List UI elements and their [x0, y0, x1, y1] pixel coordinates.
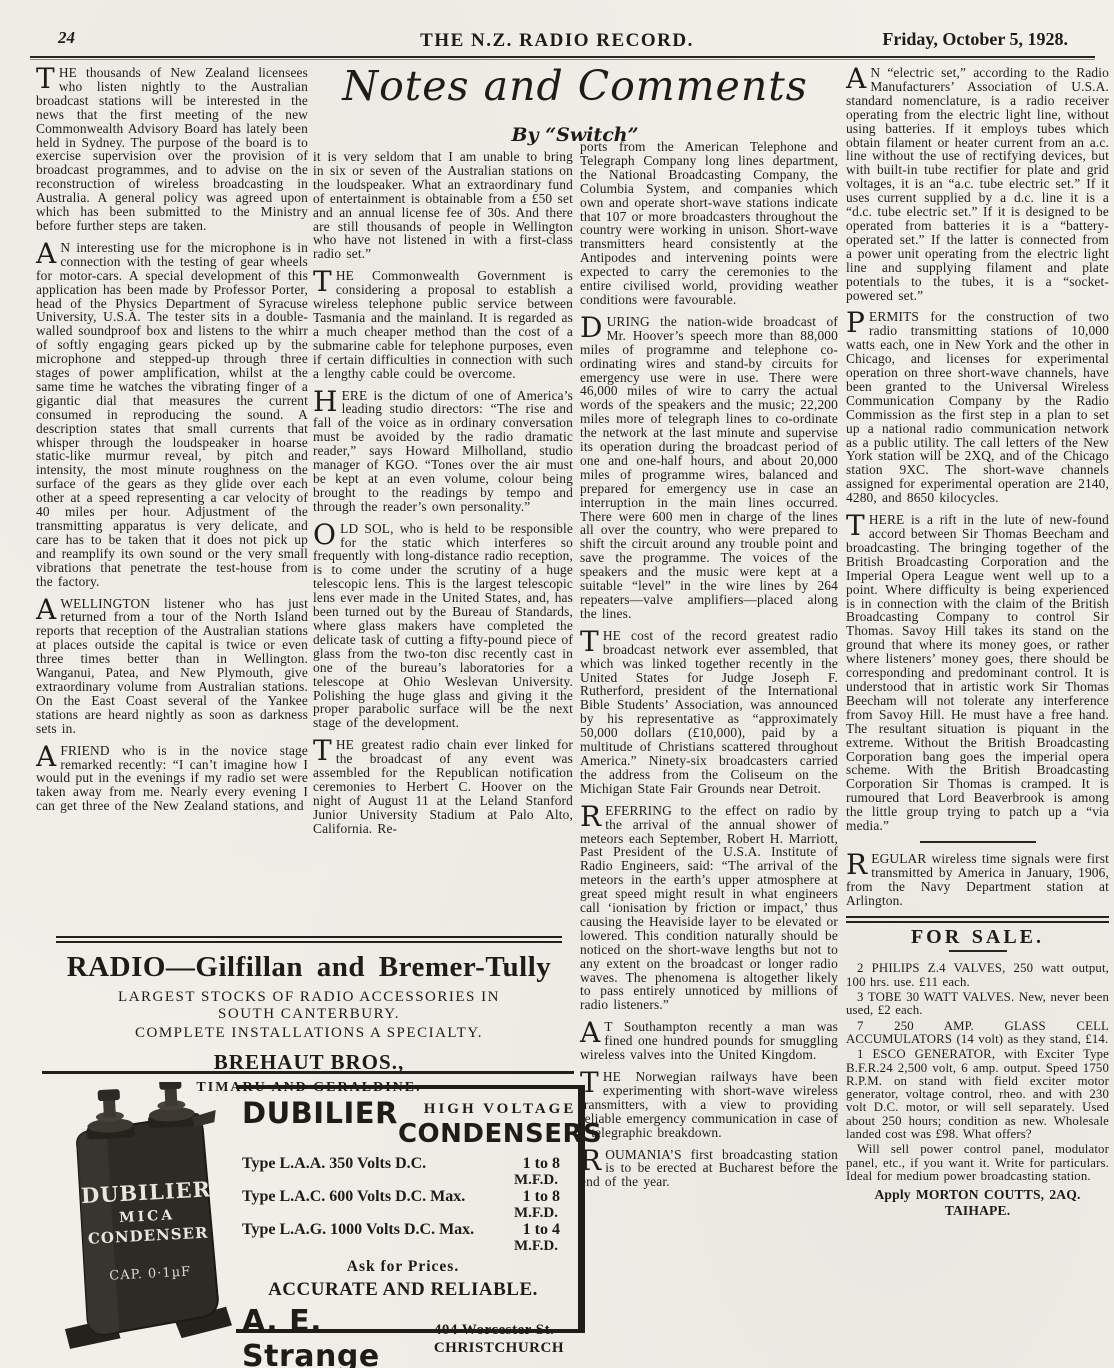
dubilier-header-right: HIGH VOLTAGE CONDENSERS [398, 1096, 602, 1149]
condenser-type-unit: M.F.D. [242, 1238, 560, 1254]
gilfillan-headline: RADIO—Gilfillan and Bremer-Tully [56, 951, 562, 984]
for-sale-top-rule [846, 916, 1109, 923]
drop-cap: T [580, 629, 603, 653]
drop-cap: T [36, 66, 59, 90]
condenser-label-mica: MICA [119, 1207, 176, 1226]
drop-cap: D [580, 315, 607, 339]
condenser-type-name: Type L.A.G. 1000 Volts D.C. Max. [242, 1221, 474, 1238]
drop-cap: A [846, 66, 870, 90]
dubilier-subtitle: HIGH VOLTAGE [398, 1101, 602, 1118]
for-sale-item: 3 TOBE 30 WATT VALVES. New, never been u… [846, 991, 1109, 1018]
paragraph: A WELLINGTON listener who has just retur… [36, 597, 308, 736]
for-sale-heading-rule [949, 950, 1007, 952]
column-4-time-signals: REGULAR wireless time signals were first… [846, 852, 1109, 908]
condenser-type-row: Type L.A.A. 350 Volts D.C.1 to 8 [242, 1155, 560, 1172]
drop-cap: A [36, 744, 60, 768]
dubilier-address-city: CHRISTCHURCH [434, 1340, 564, 1356]
drop-cap: H [313, 389, 342, 413]
paragraph: OLD SOL, who is held to be responsible f… [313, 522, 573, 731]
column-1: THE thousands of New Zealand licensees w… [36, 66, 308, 821]
article-header: Notes and Comments By “Switch” [313, 62, 837, 146]
condenser-type-row: Type L.A.G. 1000 Volts D.C. Max.1 to 4 [242, 1221, 560, 1238]
column-3: ports from the American Telephone and Te… [580, 140, 838, 1197]
dubilier-slogan: ACCURATE AND RELIABLE. [242, 1279, 564, 1301]
drop-cap: P [846, 310, 869, 334]
drop-cap: T [846, 513, 869, 537]
condenser-terminal-left [85, 1088, 135, 1139]
paragraph: it is very seldom that I am unable to br… [313, 150, 573, 261]
article-title: Notes and Comments [313, 62, 837, 110]
drop-cap: A [36, 241, 60, 265]
drop-cap: R [846, 852, 871, 876]
paragraph: ports from the American Telephone and Te… [580, 140, 838, 307]
drop-cap: T [313, 269, 336, 293]
paragraph: THE Norwegian railways have been experim… [580, 1070, 838, 1140]
condenser-type-rating: 1 to 8 [523, 1188, 560, 1205]
condenser-terminal-right [146, 1082, 217, 1130]
gilfillan-line-1: LARGEST STOCKS OF RADIO ACCESSORIES IN [56, 989, 562, 1006]
paragraph: REGULAR wireless time signals were first… [846, 852, 1109, 908]
apply-line-1: Apply MORTON COUTTS, 2AQ. [874, 1187, 1080, 1202]
apply-line-2: TAIHAPE. [945, 1203, 1011, 1218]
dubilier-header-row: DUBILIER HIGH VOLTAGE CONDENSERS [242, 1096, 564, 1149]
paragraph: ROUMANIA’S first broadcasting station is… [580, 1148, 838, 1190]
for-sale-item: 2 PHILIPS Z.4 VALVES, 250 watt output, 1… [846, 962, 1109, 989]
condenser-illustration: DUBILIER MICA CONDENSER CAP. 0·1µF [52, 1082, 234, 1365]
for-sale-item: Will sell power control panel, modulator… [846, 1143, 1109, 1183]
condenser-type-name: Type L.A.A. 350 Volts D.C. [242, 1155, 426, 1172]
drop-cap: R [580, 804, 605, 828]
dubilier-prices: Ask for Prices. [242, 1258, 564, 1276]
column-4-stories: AN “electric set,” according to the Radi… [846, 66, 1109, 833]
column-2: it is very seldom that I am unable to br… [313, 150, 573, 844]
paragraph: AT Southampton recently a man was fined … [580, 1020, 838, 1062]
paragraph: HERE is the dictum of one of America’s l… [313, 389, 573, 514]
dubilier-type-table: Type L.A.A. 350 Volts D.C.1 to 8M.F.D.Ty… [242, 1155, 564, 1254]
paragraph: THE thousands of New Zealand licensees w… [36, 66, 308, 233]
for-sale-item: 7 250 AMP. GLASS CELL ACCUMULATORS (14 v… [846, 1020, 1109, 1047]
paragraph: A FRIEND who is in the novice stage rema… [36, 744, 308, 814]
for-sale-apply: Apply MORTON COUTTS, 2AQ.TAIHAPE. [846, 1187, 1109, 1219]
drop-cap: A [580, 1020, 604, 1044]
gilfillan-top-rule [56, 936, 562, 943]
paragraph: AN interesting use for the microphone is… [36, 241, 308, 589]
gilfillan-line-3: COMPLETE INSTALLATIONS A SPECIALTY. [56, 1025, 562, 1042]
condenser-type-unit: M.F.D. [242, 1205, 560, 1221]
drop-cap: A [36, 597, 60, 621]
for-sale-section: FOR SALE. 2 PHILIPS Z.4 VALVES, 250 watt… [846, 916, 1109, 1220]
dubilier-dealer: A. E. Strange [242, 1304, 420, 1368]
section-divider-rule [920, 841, 1036, 843]
header-rule [30, 56, 1095, 60]
issue-date: Friday, October 5, 1928. [882, 29, 1068, 50]
dubilier-address-street: 404 Worcester St. [434, 1322, 555, 1338]
paragraph: PERMITS for the construction of two radi… [846, 310, 1109, 505]
dubilier-address: 404 Worcester St. CHRISTCHURCH [434, 1321, 564, 1357]
paragraph: REFERRING to the effect on radio by the … [580, 804, 838, 1013]
paragraph: AN “electric set,” according to the Radi… [846, 66, 1109, 302]
paragraph: DURING the nation-wide broadcast of Mr. … [580, 315, 838, 621]
paragraph: THE Commonwealth Government is consideri… [313, 269, 573, 380]
for-sale-item: 1 ESCO GENERATOR, with Exciter Type B.F.… [846, 1048, 1109, 1141]
dubilier-top-rule [42, 1071, 574, 1074]
condenser-type-row: Type L.A.C. 600 Volts D.C. Max.1 to 8 [242, 1188, 560, 1205]
condenser-type-rating: 1 to 8 [523, 1155, 560, 1172]
dubilier-ad: DUBILIER HIGH VOLTAGE CONDENSERS Type L.… [236, 1085, 585, 1333]
column-4: AN “electric set,” according to the Radi… [846, 66, 1109, 1219]
condenser-type-unit: M.F.D. [242, 1172, 560, 1188]
drop-cap: O [313, 522, 340, 546]
condenser-type-name: Type L.A.C. 600 Volts D.C. Max. [242, 1188, 465, 1205]
condenser-type-rating: 1 to 4 [523, 1221, 560, 1238]
dubilier-product: CONDENSERS [398, 1119, 602, 1149]
dubilier-dealer-row: A. E. Strange 404 Worcester St. CHRISTCH… [242, 1304, 564, 1368]
paragraph: THE cost of the record greatest radio br… [580, 629, 838, 796]
for-sale-heading: FOR SALE. [846, 931, 1109, 945]
for-sale-items: 2 PHILIPS Z.4 VALVES, 250 watt output, 1… [846, 962, 1109, 1183]
paragraph: THE greatest radio chain ever linked for… [313, 738, 573, 835]
paragraph: THERE is a rift in the lute of new-found… [846, 513, 1109, 833]
dubilier-brand: DUBILIER [242, 1096, 398, 1131]
gilfillan-line-2: SOUTH CANTERBURY. [56, 1006, 562, 1023]
drop-cap: T [313, 738, 336, 762]
